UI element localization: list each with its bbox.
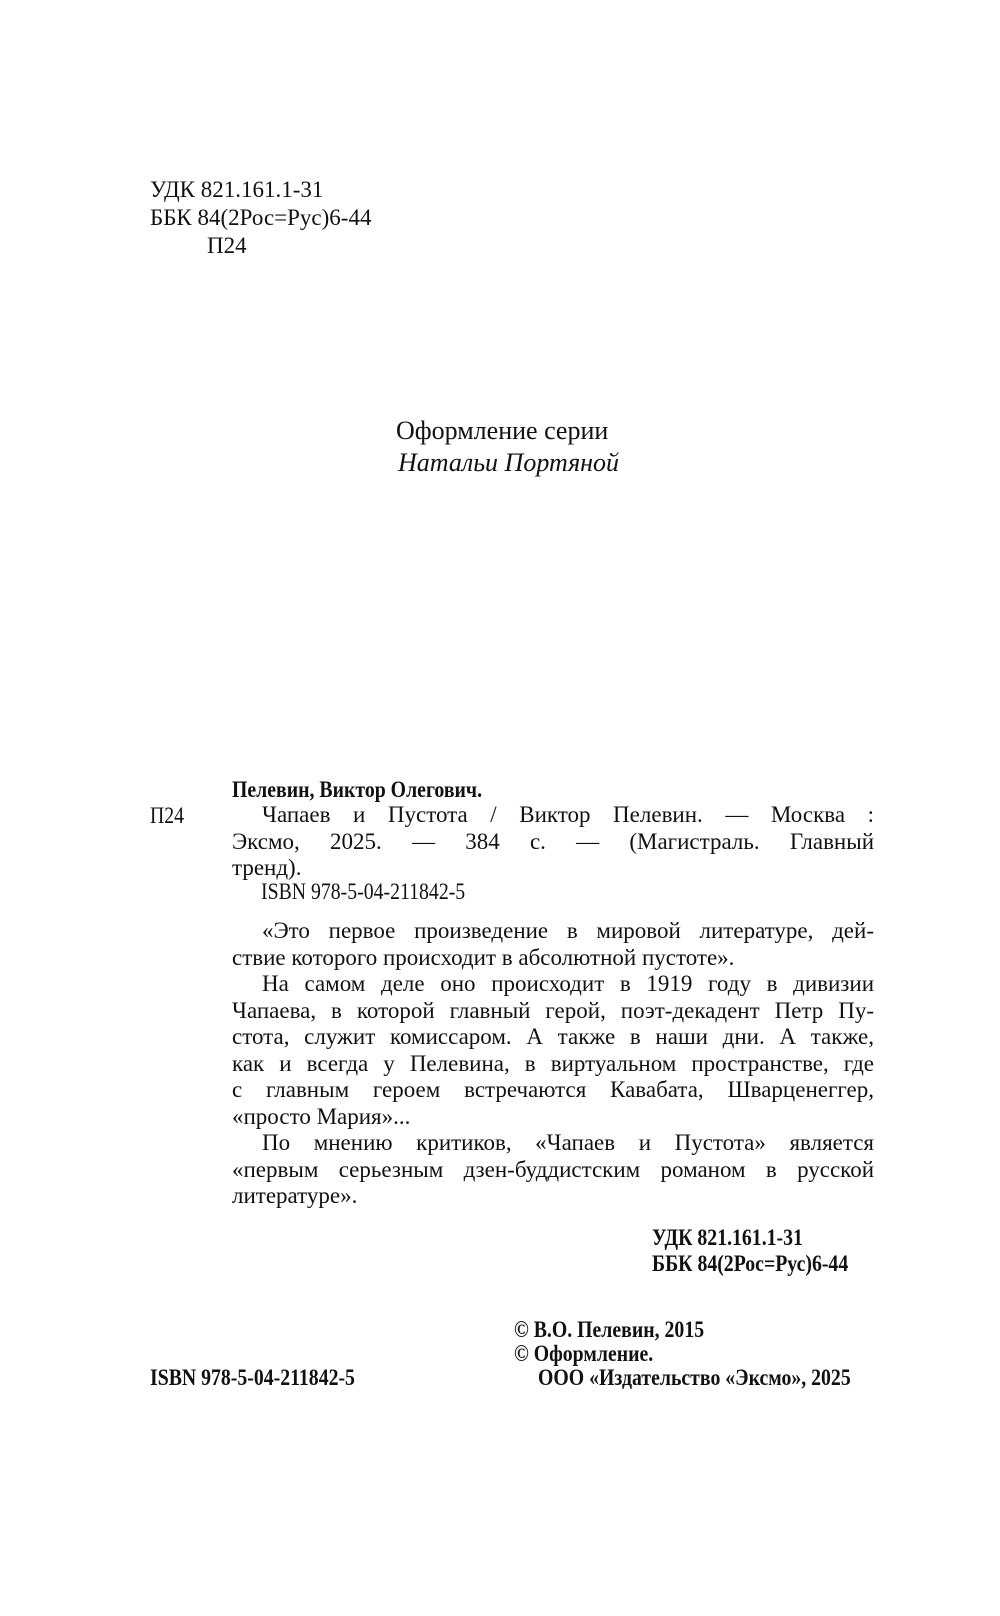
annotation-line: По мнению критиков, «Чапаев и Пустота» я… <box>232 1130 874 1157</box>
catalog-isbn-text: ISBN 978-5-04-211842-5 <box>261 878 465 905</box>
copyright-design: © Оформление. <box>514 1340 676 1367</box>
annotation-line: с главным героем встречаются Кавабата, Ш… <box>232 1077 874 1104</box>
author-sign: П24 <box>207 232 247 259</box>
copyright-author-text: © В.О. Пелевин, 2015 <box>514 1316 704 1343</box>
footer-isbn: ISBN 978-5-04-211842-5 <box>150 1364 388 1391</box>
catalog-title-line: Чапаев и Пустота / Виктор Пелевин. — Мос… <box>232 802 874 829</box>
catalog-title-block: Чапаев и Пустота / Виктор Пелевин. — Мос… <box>232 802 874 882</box>
bbk-code: ББК 84(2Рос=Рус)6-44 <box>150 204 371 231</box>
copyright-author: © В.О. Пелевин, 2015 <box>514 1316 735 1343</box>
catalog-isbn: ISBN 978-5-04-211842-5 <box>261 878 498 905</box>
catalog-author-sign: П24 <box>150 802 190 829</box>
catalog-udk-text: УДК 821.161.1-31 <box>652 1224 803 1251</box>
catalog-author-text: Пелевин, Виктор Олегович. <box>232 776 482 803</box>
catalog-author-sign-text: П24 <box>150 802 184 829</box>
annotation-line: «просто Мария»... <box>232 1104 874 1131</box>
annotation-block: «Это первое произведение в мировой литер… <box>232 918 874 1210</box>
footer-isbn-text: ISBN 978-5-04-211842-5 <box>150 1364 355 1391</box>
annotation-line: стота, служит комиссаром. А также в наши… <box>232 1024 874 1051</box>
copyright-design-text: © Оформление. <box>514 1340 653 1367</box>
annotation-line: литературе». <box>232 1183 874 1210</box>
catalog-udk: УДК 821.161.1-31 <box>652 1224 827 1251</box>
annotation-line: как и всегда у Пелевина, в виртуальном п… <box>232 1051 874 1078</box>
series-designer-name: Натальи Портяной <box>398 448 619 478</box>
catalog-bbk-text: ББК 84(2Рос=Рус)6-44 <box>652 1250 848 1277</box>
copyright-publisher: ООО «Издательство «Эксмо», 2025 <box>538 1364 902 1391</box>
annotation-line: Чапаева, в которой главный герой, поэт-д… <box>232 998 874 1025</box>
annotation-line: «Это первое произведение в мировой литер… <box>232 918 874 945</box>
copyright-publisher-text: ООО «Издательство «Эксмо», 2025 <box>538 1364 851 1391</box>
annotation-line: «первым серьезным дзен-буддистским роман… <box>232 1157 874 1184</box>
udk-code: УДК 821.161.1-31 <box>150 176 323 203</box>
catalog-bbk: ББК 84(2Рос=Рус)6-44 <box>652 1250 880 1277</box>
annotation-line: На самом деле оно происходит в 1919 году… <box>232 971 874 998</box>
series-design-label: Оформление серии <box>396 416 608 446</box>
catalog-author: Пелевин, Виктор Олегович. <box>232 776 523 803</box>
catalog-title-line: Эксмо, 2025. — 384 с. — (Магистраль. Гла… <box>232 829 874 856</box>
annotation-line: ствие которого происходит в абсолютной п… <box>232 945 874 972</box>
